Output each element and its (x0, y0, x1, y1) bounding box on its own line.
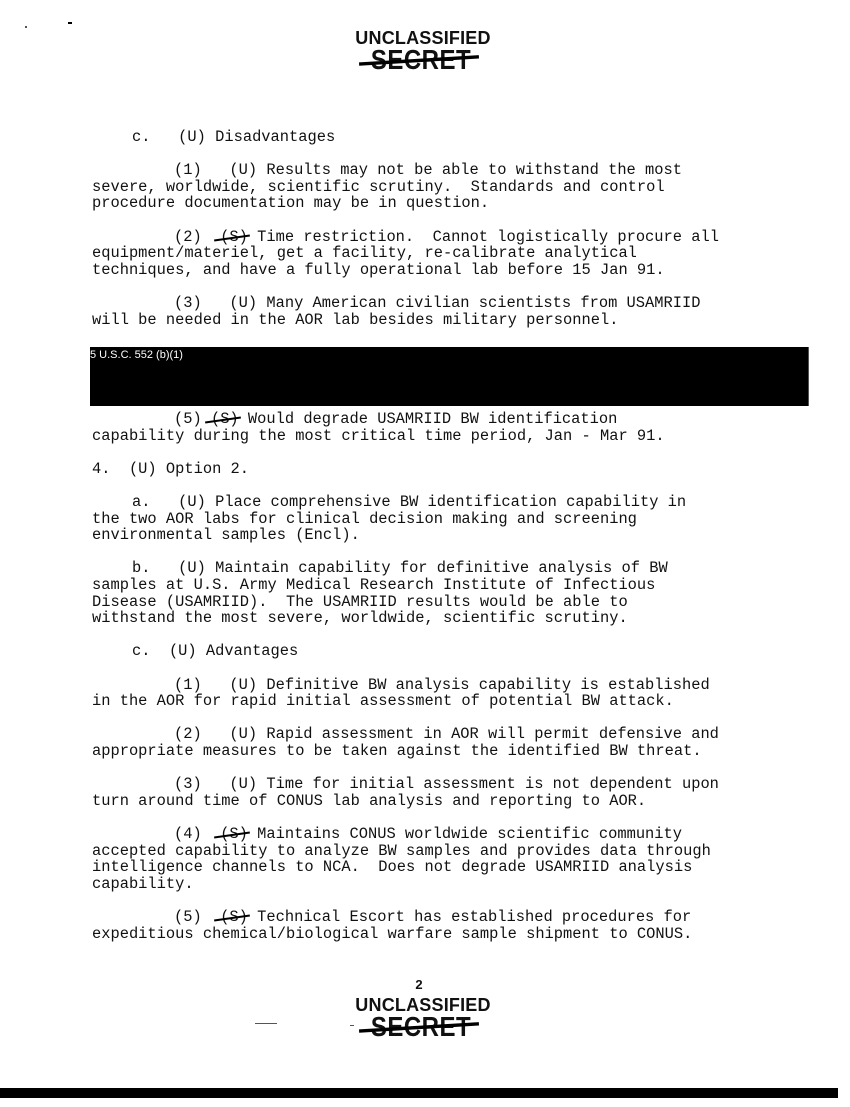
text-span: Would degrade USAMRIID BW identification (239, 410, 618, 428)
footer-classification: UNCLASSIFIED SECRET (0, 995, 850, 1041)
text-line: (4) (S) Maintains CONUS worldwide scient… (92, 826, 812, 843)
text-span: (3) (U) Many American civilian scientist… (174, 294, 700, 312)
text-span: Time restriction. Cannot logistically pr… (248, 228, 719, 246)
text-line: Disease (USAMRIID). The USAMRIID results… (92, 594, 812, 611)
text-span: appropriate measures to be taken against… (92, 742, 702, 760)
line-gap (92, 809, 812, 826)
text-span: (2) (U) Rapid assessment in AOR will per… (174, 725, 719, 743)
text-line: techniques, and have a fully operational… (92, 262, 812, 279)
text-line: the two AOR labs for clinical decision m… (92, 511, 812, 528)
text-line: a. (U) Place comprehensive BW identifica… (92, 494, 812, 511)
text-line: accepted capability to analyze BW sample… (92, 843, 812, 860)
text-span: intelligence channels to NCA. Does not d… (92, 858, 692, 876)
text-span: b. (U) Maintain capability for definitiv… (132, 559, 668, 577)
text-line: 4. (U) Option 2. (92, 461, 812, 478)
text-line: procedure documentation may be in questi… (92, 195, 812, 212)
text-line: environmental samples (Encl). (92, 527, 812, 544)
text-line: severe, worldwide, scientific scrutiny. … (92, 179, 812, 196)
text-line: intelligence channels to NCA. Does not d… (92, 859, 812, 876)
text-line: appropriate measures to be taken against… (92, 743, 812, 760)
line-gap (92, 627, 812, 644)
text-span: samples at U.S. Army Medical Research In… (92, 576, 655, 594)
text-line: expeditious chemical/biological warfare … (92, 926, 812, 943)
text-span: environmental samples (Encl). (92, 526, 360, 544)
text-span: (5) (174, 908, 220, 926)
line-gap (92, 212, 812, 229)
struck-portion-marking: (S) (211, 411, 239, 428)
text-span: Maintains CONUS worldwide scientific com… (248, 825, 682, 843)
text-line: samples at U.S. Army Medical Research In… (92, 577, 812, 594)
text-span: (3) (U) Time for initial assessment is n… (174, 775, 719, 793)
line-gap (92, 146, 812, 163)
text-span: in the AOR for rapid initial assessment … (92, 692, 674, 710)
struck-classification: SECRET (371, 1013, 471, 1043)
scan-speck (350, 1025, 354, 1026)
text-line: capability. (92, 876, 812, 893)
struck-portion-marking: (S) (220, 826, 248, 843)
struck-classification: SECRET (371, 46, 471, 76)
line-gap (92, 328, 812, 345)
page-number: 2 (0, 977, 844, 992)
text-span: Disease (USAMRIID). The USAMRIID results… (92, 593, 628, 611)
text-line: (2) (S) Time restriction. Cannot logisti… (92, 229, 812, 246)
text-span: (5) (174, 410, 211, 428)
text-line: will be needed in the AOR lab besides mi… (92, 312, 812, 329)
line-gap (92, 660, 812, 677)
scan-edge-bar (0, 1088, 838, 1098)
header-classification: UNCLASSIFIED SECRET (0, 28, 850, 74)
text-span: accepted capability to analyze BW sample… (92, 842, 711, 860)
line-gap (92, 892, 812, 909)
text-span: turn around time of CONUS lab analysis a… (92, 792, 646, 810)
scan-speck (68, 22, 72, 24)
text-line: (1) (U) Definitive BW analysis capabilit… (92, 677, 812, 694)
text-span: Technical Escort has established procedu… (248, 908, 691, 926)
text-line: withstand the most severe, worldwide, sc… (92, 610, 812, 627)
text-line: (2) (U) Rapid assessment in AOR will per… (92, 726, 812, 743)
line-gap (92, 444, 812, 461)
text-span: 4. (U) Option 2. (92, 460, 249, 478)
text-line: (1) (U) Results may not be able to withs… (92, 162, 812, 179)
text-span: (2) (174, 228, 220, 246)
text-line: c. (U) Disadvantages (92, 129, 812, 146)
text-span: the two AOR labs for clinical decision m… (92, 510, 637, 528)
text-span: withstand the most severe, worldwide, sc… (92, 609, 628, 627)
struck-portion-marking: (S) (220, 909, 248, 926)
scan-speck (255, 1023, 277, 1024)
text-span: severe, worldwide, scientific scrutiny. … (92, 178, 665, 196)
text-span: techniques, and have a fully operational… (92, 261, 665, 279)
text-span: capability. (92, 875, 194, 893)
text-line: in the AOR for rapid initial assessment … (92, 693, 812, 710)
text-line: equipment/materiel, get a facility, re-c… (92, 245, 812, 262)
text-span: procedure documentation may be in questi… (92, 194, 489, 212)
document-body: c. (U) Disadvantages(1) (U) Results may … (92, 129, 812, 942)
text-line: (5) (S) Technical Escort has established… (92, 909, 812, 926)
line-gap (92, 710, 812, 727)
text-span: expeditious chemical/biological warfare … (92, 925, 692, 943)
text-line: c. (U) Advantages (92, 643, 812, 660)
text-span: (4) (174, 825, 220, 843)
text-span: will be needed in the AOR lab besides mi… (92, 311, 618, 329)
text-line: (5) (S) Would degrade USAMRIID BW identi… (92, 411, 812, 428)
text-span: a. (U) Place comprehensive BW identifica… (132, 493, 686, 511)
struck-portion-marking: (S) (220, 229, 248, 246)
line-gap (92, 760, 812, 777)
text-span: c. (U) Advantages (132, 642, 298, 660)
text-span: c. (U) Disadvantages (132, 128, 335, 146)
text-line: b. (U) Maintain capability for definitiv… (92, 560, 812, 577)
line-gap (92, 477, 812, 494)
text-line: (3) (U) Many American civilian scientist… (92, 295, 812, 312)
text-span: (1) (U) Definitive BW analysis capabilit… (174, 676, 710, 694)
text-span: capability during the most critical time… (92, 427, 665, 445)
redaction-block: 5 U.S.C. 552 (b)(1) (90, 347, 809, 406)
line-gap (92, 278, 812, 295)
text-line: turn around time of CONUS lab analysis a… (92, 793, 812, 810)
line-gap (92, 544, 812, 561)
redaction-exemption-label: 5 U.S.C. 552 (b)(1) (90, 349, 183, 361)
text-line: (3) (U) Time for initial assessment is n… (92, 776, 812, 793)
text-span: equipment/materiel, get a facility, re-c… (92, 244, 637, 262)
text-span: (1) (U) Results may not be able to withs… (174, 161, 682, 179)
document-page: UNCLASSIFIED SECRET c. (U) Disadvantages… (0, 0, 850, 1107)
text-line: capability during the most critical time… (92, 428, 812, 445)
